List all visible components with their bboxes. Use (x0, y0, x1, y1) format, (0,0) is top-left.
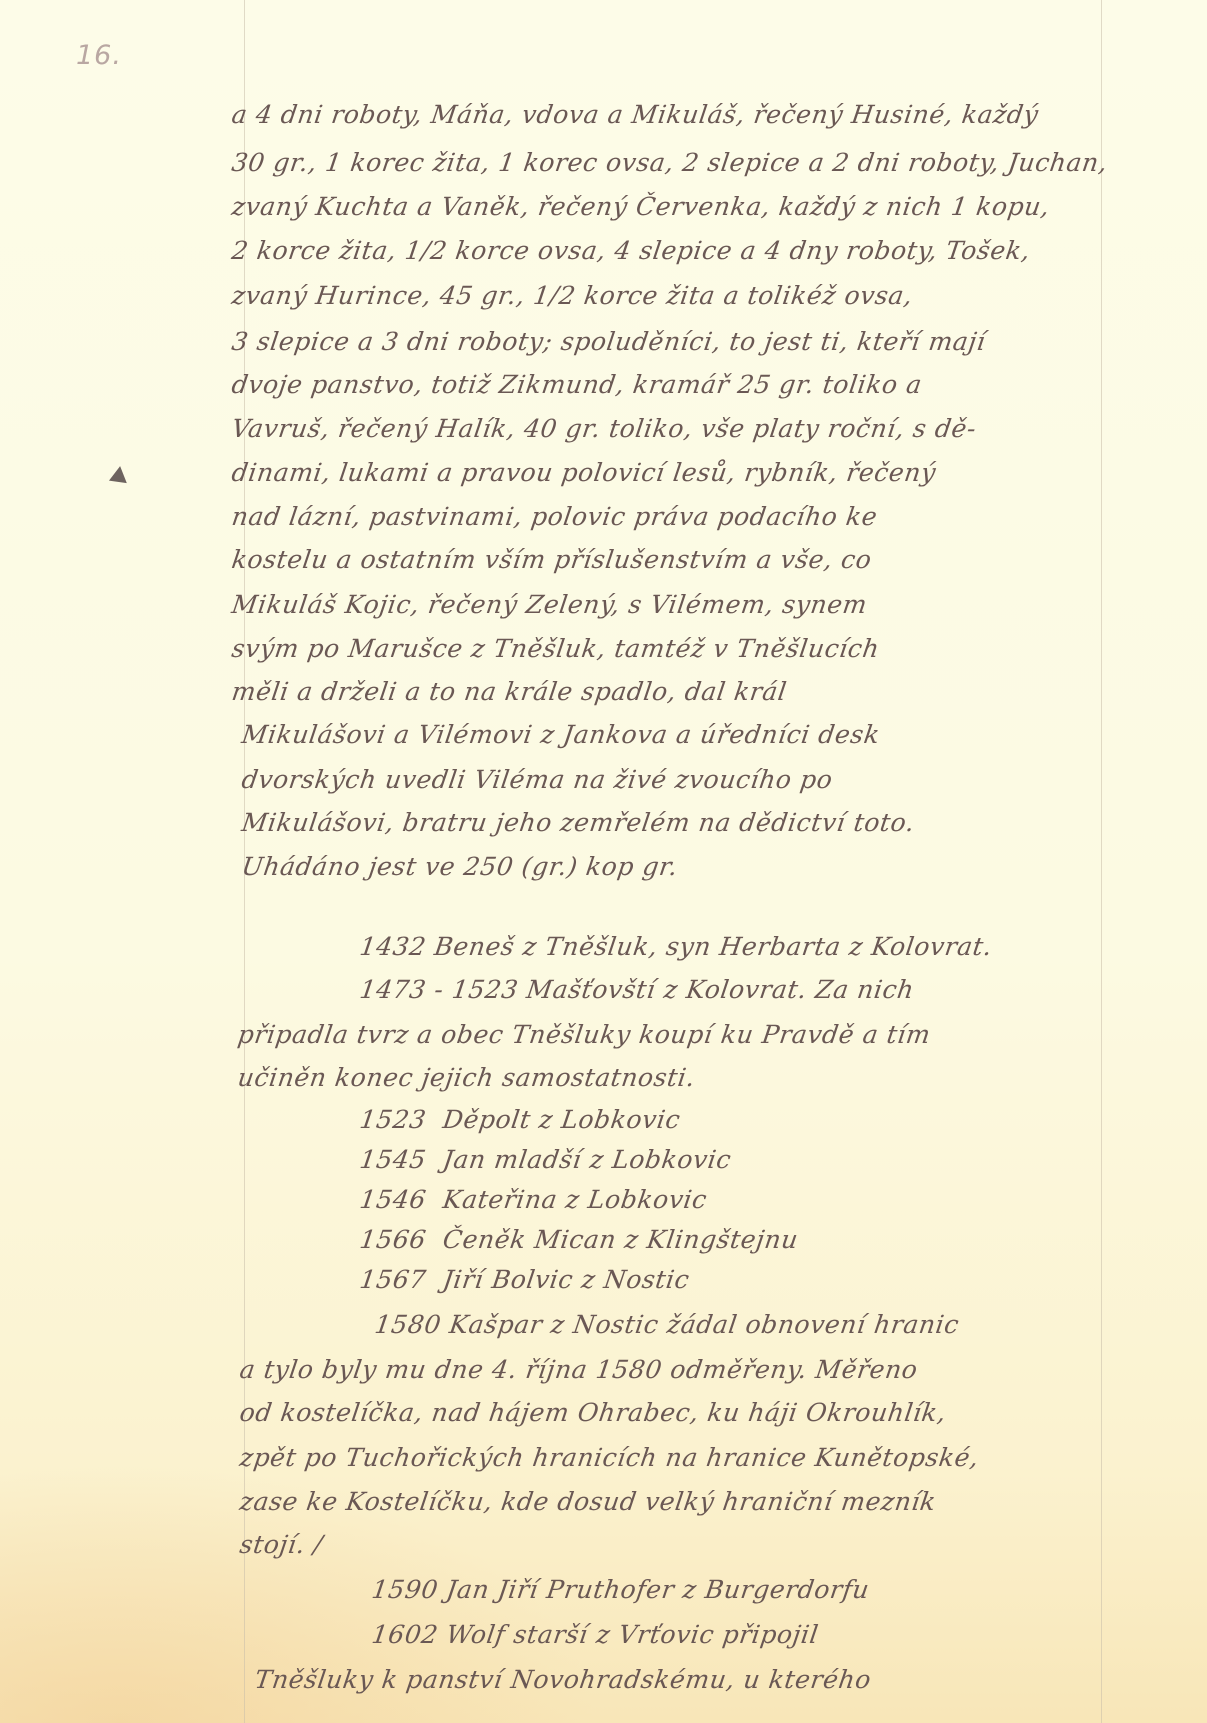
text-line: Mikuláš Kojic, řečený Zelený, s Vilémem,… (230, 590, 869, 619)
text-line: a 4 dni roboty, Máňa, vdova a Mikuláš, ř… (230, 100, 1040, 129)
owner-name: Jiří Bolvic z Nostic (441, 1265, 691, 1294)
owner-name: Kateřina z Lobkovic (441, 1185, 709, 1214)
text-line: svým po Marušce z Tněšluk, tamtéž v Tněš… (230, 634, 881, 663)
owner-year: 1546 (358, 1185, 428, 1214)
text-line: měli a drželi a to na krále spadlo, dal … (230, 677, 789, 706)
right-margin-line (1101, 0, 1102, 1723)
text-line: dinami, lukami a pravou polovicí lesů, r… (230, 458, 938, 487)
text-line: Mikulášovi, bratru jeho zemřelém na dědi… (240, 808, 917, 837)
text-line: 1590 Jan Jiří Pruthofer z Burgerdorfu (370, 1575, 871, 1604)
owner-name: Čeněk Mican z Klingštejnu (441, 1225, 800, 1254)
owner-entry: 1523 Děpolt z Lobkovic (358, 1105, 682, 1134)
text-line: 1602 Wolf starší z Vrťovic připojil (370, 1620, 820, 1649)
text-line: Tněšluky k panství Novohradskému, u kter… (253, 1665, 873, 1694)
text-line: stojí. / (238, 1530, 325, 1559)
owner-entry: 1567 Jiří Bolvic z Nostic (358, 1265, 692, 1294)
owner-year: 1566 (358, 1225, 428, 1254)
text-line: připadla tvrz a obec Tněšluky koupí ku P… (236, 1020, 933, 1049)
owner-year: 1567 (358, 1265, 428, 1294)
page-number: 16. (76, 40, 122, 71)
text-line: zase ke Kostelíčku, kde dosud velký hran… (238, 1487, 938, 1516)
owner-year: 1523 (358, 1105, 428, 1134)
text-line: učiněn konec jejich samostatnosti. (236, 1063, 697, 1092)
text-line: a tylo byly mu dne 4. října 1580 odměřen… (238, 1355, 920, 1384)
text-line: od kostelíčka, nad hájem Ohrabec, ku háj… (238, 1398, 948, 1427)
text-line: dvoje panstvo, totiž Zikmund, kramář 25 … (230, 370, 924, 399)
owner-entry: 1566 Čeněk Mican z Klingštejnu (358, 1225, 800, 1254)
text-line: Vavruš, řečený Halík, 40 gr. toliko, vše… (230, 414, 978, 443)
text-line: nad lázní, pastvinami, polovic práva pod… (230, 502, 879, 531)
owner-entry: 1546 Kateřina z Lobkovic (358, 1185, 709, 1214)
text-line: Mikulášovi a Vilémovi z Jankova a úřední… (240, 720, 882, 749)
text-line: 1473 - 1523 Mašťovští z Kolovrat. Za nic… (358, 975, 916, 1004)
text-line: zvaný Hurince, 45 gr., 1/2 korce žita a … (230, 281, 915, 310)
text-line: dvorských uvedli Viléma na živé zvoucího… (240, 765, 835, 794)
text-line: 30 gr., 1 korec žita, 1 korec ovsa, 2 sl… (230, 148, 1110, 177)
text-line: 1432 Beneš z Tněšluk, syn Herbarta z Kol… (358, 932, 994, 961)
owner-name: Děpolt z Lobkovic (441, 1105, 682, 1134)
owner-entry: 1545 Jan mladší z Lobkovic (358, 1145, 733, 1174)
text-line: zpět po Tuchořických hranicích na hranic… (238, 1443, 981, 1472)
document-page: 16. a 4 dni roboty, Máňa, vdova a Mikulá… (0, 0, 1207, 1723)
text-line: Uhádáno jest ve 250 (gr.) kop gr. (240, 852, 680, 881)
ink-blot-mark (109, 465, 129, 483)
text-line: zvaný Kuchta a Vaněk, řečený Červenka, k… (230, 192, 1052, 221)
text-line: 2 korce žita, 1/2 korce ovsa, 4 slepice … (230, 236, 1032, 265)
owner-year: 1545 (358, 1145, 428, 1174)
text-line: 1580 Kašpar z Nostic žádal obnovení hran… (373, 1310, 961, 1339)
text-line: 3 slepice a 3 dni roboty; spoluděníci, t… (230, 327, 988, 356)
text-line: kostelu a ostatním vším příslušenstvím a… (230, 545, 874, 574)
owner-name: Jan mladší z Lobkovic (441, 1145, 733, 1174)
